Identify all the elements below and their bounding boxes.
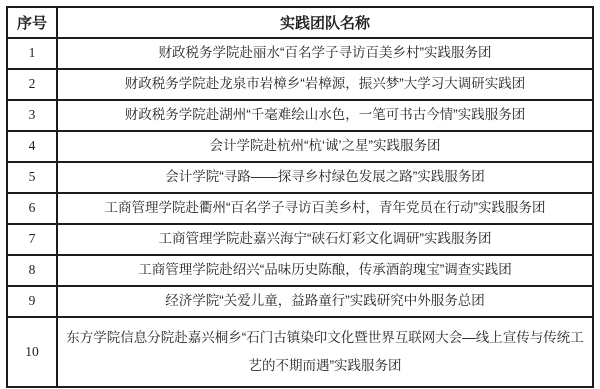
table-row: 3 财政税务学院赴湖州“千毫难绘山水色，一笔可书古今情”实践服务团	[7, 100, 593, 131]
row-number-cell: 5	[7, 162, 57, 193]
team-name-cell: 东方学院信息分院赴嘉兴桐乡“石门古镇染印文化暨世界互联网大会—线上宣传与传统工艺…	[57, 317, 593, 387]
team-name-cell: 会计学院赴杭州“杭‘诚’之星”实践服务团	[57, 131, 593, 162]
row-number-cell: 10	[7, 317, 57, 387]
row-number-cell: 9	[7, 286, 57, 317]
table-row: 5 会计学院“寻路——探寻乡村绿色发展之路”实践服务团	[7, 162, 593, 193]
row-number-cell: 3	[7, 100, 57, 131]
practice-teams-table: 序号 实践团队名称 1 财政税务学院赴丽水“百名学子寻访百美乡村”实践服务团 2…	[6, 6, 594, 388]
header-row: 序号 实践团队名称	[7, 7, 593, 38]
table-row: 9 经济学院“关爱儿童，益路童行”实践研究中外服务总团	[7, 286, 593, 317]
row-number-cell: 1	[7, 38, 57, 69]
row-number-cell: 7	[7, 224, 57, 255]
team-name-cell: 工商管理学院赴衢州“百名学子寻访百美乡村，青年党员在行动”实践服务团	[57, 193, 593, 224]
row-number-cell: 8	[7, 255, 57, 286]
table-row: 1 财政税务学院赴丽水“百名学子寻访百美乡村”实践服务团	[7, 38, 593, 69]
team-name-cell: 财政税务学院赴丽水“百名学子寻访百美乡村”实践服务团	[57, 38, 593, 69]
table-row: 2 财政税务学院赴龙泉市岩樟乡“岩樟源，振兴梦”大学习大调研实践团	[7, 69, 593, 100]
header-team-name: 实践团队名称	[57, 7, 593, 38]
page-body: 序号 实践团队名称 1 财政税务学院赴丽水“百名学子寻访百美乡村”实践服务团 2…	[0, 0, 600, 388]
row-number-cell: 4	[7, 131, 57, 162]
row-number-cell: 6	[7, 193, 57, 224]
table-row: 6 工商管理学院赴衢州“百名学子寻访百美乡村，青年党员在行动”实践服务团	[7, 193, 593, 224]
team-name-cell: 财政税务学院赴湖州“千毫难绘山水色，一笔可书古今情”实践服务团	[57, 100, 593, 131]
table-row: 10 东方学院信息分院赴嘉兴桐乡“石门古镇染印文化暨世界互联网大会—线上宣传与传…	[7, 317, 593, 387]
team-name-cell: 会计学院“寻路——探寻乡村绿色发展之路”实践服务团	[57, 162, 593, 193]
table-body: 1 财政税务学院赴丽水“百名学子寻访百美乡村”实践服务团 2 财政税务学院赴龙泉…	[7, 38, 593, 387]
row-number-cell: 2	[7, 69, 57, 100]
team-name-cell: 工商管理学院赴绍兴“品味历史陈酿，传承酒韵瑰宝”调查实践团	[57, 255, 593, 286]
team-name-cell: 工商管理学院赴嘉兴海宁“硖石灯彩文化调研”实践服务团	[57, 224, 593, 255]
table-row: 7 工商管理学院赴嘉兴海宁“硖石灯彩文化调研”实践服务团	[7, 224, 593, 255]
team-name-cell: 财政税务学院赴龙泉市岩樟乡“岩樟源，振兴梦”大学习大调研实践团	[57, 69, 593, 100]
header-serial-number: 序号	[7, 7, 57, 38]
table-header: 序号 实践团队名称	[7, 7, 593, 38]
table-row: 4 会计学院赴杭州“杭‘诚’之星”实践服务团	[7, 131, 593, 162]
table-row: 8 工商管理学院赴绍兴“品味历史陈酿，传承酒韵瑰宝”调查实践团	[7, 255, 593, 286]
team-name-cell: 经济学院“关爱儿童，益路童行”实践研究中外服务总团	[57, 286, 593, 317]
